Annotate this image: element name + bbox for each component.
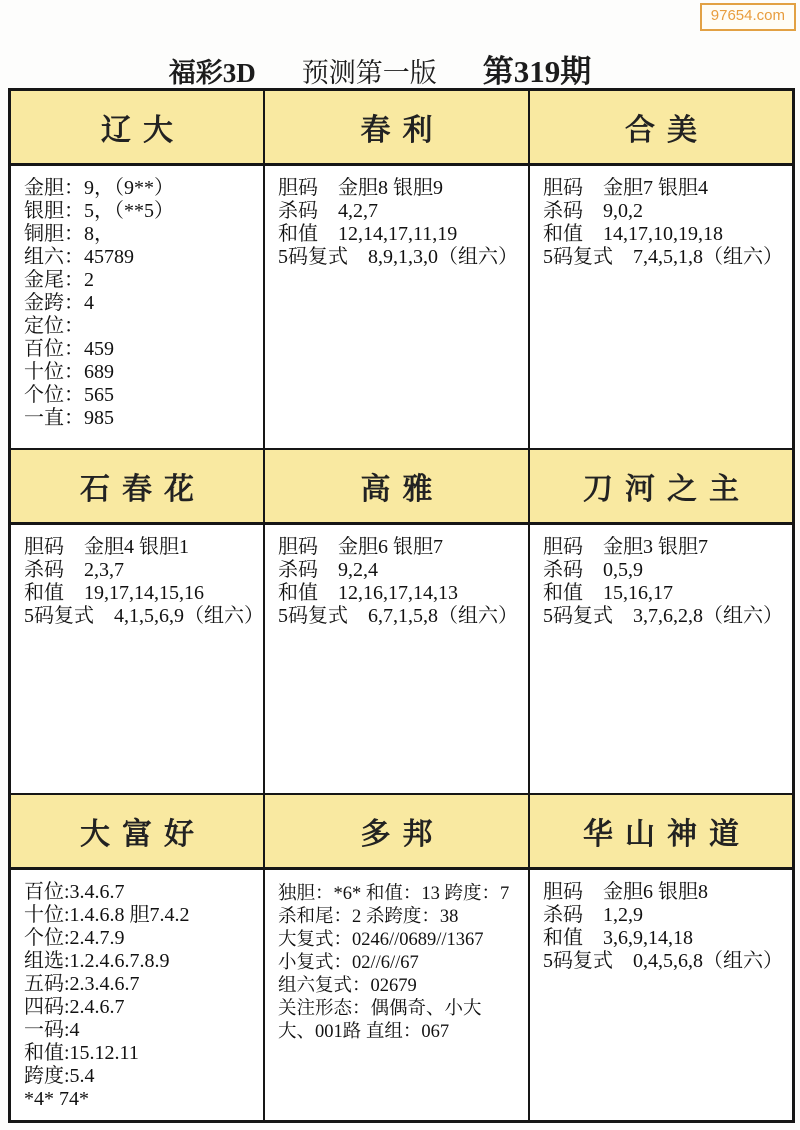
prediction-line: 百位:3.4.6.7 xyxy=(24,881,258,904)
prediction-line: 和值 3,6,9,14,18 xyxy=(543,927,787,950)
prediction-line: 杀码 9,0,2 xyxy=(543,200,787,223)
prediction-line: 杀码 1,2,9 xyxy=(543,904,787,927)
prediction-line: 杀码 0,5,9 xyxy=(543,559,787,582)
prediction-line: 胆码 金胆6 银胆8 xyxy=(543,881,787,904)
prediction-line: 胆码 金胆7 银胆4 xyxy=(543,177,787,200)
prediction-line: 五码:2.3.4.6.7 xyxy=(24,973,258,996)
cell-body: 独胆：*6* 和值：13 跨度：7杀和尾：2 杀跨度：38大复式：0246//0… xyxy=(265,870,528,1120)
prediction-line: 关注形态：偶偶奇、小大 xyxy=(278,998,523,1021)
prediction-line: 组六：45789 xyxy=(24,246,258,269)
prediction-line: 百位：459 xyxy=(24,338,258,361)
prediction-cell: 石春花 胆码 金胆4 银胆1杀码 2,3,7和值 19,17,14,15,165… xyxy=(11,450,265,795)
prediction-line: 5码复式 8,9,1,3,0（组六） xyxy=(278,246,523,269)
prediction-line: 杀码 2,3,7 xyxy=(24,559,258,582)
prediction-cell: 高雅 胆码 金胆6 银胆7杀码 9,2,4和值 12,16,17,14,135码… xyxy=(265,450,530,795)
prediction-line: 和值 19,17,14,15,16 xyxy=(24,582,258,605)
prediction-line: 跨度:5.4 xyxy=(24,1065,258,1088)
prediction-line: 金尾：2 xyxy=(24,269,258,292)
page-title: 福彩3D 预测第一版 第319期 xyxy=(0,46,760,91)
cell-header-name: 辽大 xyxy=(11,91,263,166)
cell-body: 金胆：9，（9**）银胆：5，（**5）铜胆：8，组六：45789金尾：2金跨：… xyxy=(11,166,263,448)
cell-body: 胆码 金胆6 银胆7杀码 9,2,4和值 12,16,17,14,135码复式 … xyxy=(265,525,528,793)
prediction-line: 组六复式：02679 xyxy=(278,975,523,998)
prediction-line: 胆码 金胆6 银胆7 xyxy=(278,536,523,559)
prediction-line: 杀码 4,2,7 xyxy=(278,200,523,223)
prediction-line: 和值 12,14,17,11,19 xyxy=(278,223,523,246)
prediction-line: 和值:15.12.11 xyxy=(24,1042,258,1065)
prediction-cell: 华山神道 胆码 金胆6 银胆8杀码 1,2,9和值 3,6,9,14,185码复… xyxy=(530,795,792,1120)
prediction-cell: 多邦 独胆：*6* 和值：13 跨度：7杀和尾：2 杀跨度：38大复式：0246… xyxy=(265,795,530,1120)
prediction-line: 大、001路 直组：067 xyxy=(278,1021,523,1044)
cell-header-name: 大富好 xyxy=(11,795,263,870)
watermark-site-badge[interactable]: 97654.com xyxy=(700,3,796,31)
prediction-line: 和值 15,16,17 xyxy=(543,582,787,605)
prediction-line: *4* 74* xyxy=(24,1088,258,1111)
cell-header-name: 华山神道 xyxy=(530,795,792,870)
prediction-line: 5码复式 7,4,5,1,8（组六） xyxy=(543,246,787,269)
cell-header-name: 刀河之主 xyxy=(530,450,792,525)
prediction-line: 大复式：0246//0689//1367 xyxy=(278,929,523,952)
cell-body: 胆码 金胆4 银胆1杀码 2,3,7和值 19,17,14,15,165码复式 … xyxy=(11,525,263,793)
prediction-line: 定位： xyxy=(24,315,258,338)
prediction-line: 金跨：4 xyxy=(24,292,258,315)
prediction-line: 5码复式 0,4,5,6,8（组六） xyxy=(543,950,787,973)
prediction-line: 铜胆：8， xyxy=(24,223,258,246)
prediction-line: 杀和尾：2 杀跨度：38 xyxy=(278,906,523,929)
prediction-line: 一直：985 xyxy=(24,407,258,430)
prediction-cell: 辽大 金胆：9，（9**）银胆：5，（**5）铜胆：8，组六：45789金尾：2… xyxy=(11,91,265,450)
prediction-cell: 合美 胆码 金胆7 银胆4杀码 9,0,2和值 14,17,10,19,185码… xyxy=(530,91,792,450)
title-brand: 福彩3D xyxy=(169,58,256,88)
prediction-line: 金胆：9，（9**） xyxy=(24,177,258,200)
prediction-line: 组选:1.2.4.6.7.8.9 xyxy=(24,950,258,973)
cell-header-name: 多邦 xyxy=(265,795,528,870)
prediction-line: 杀码 9,2,4 xyxy=(278,559,523,582)
cell-body: 胆码 金胆8 银胆9杀码 4,2,7和值 12,14,17,11,195码复式 … xyxy=(265,166,528,448)
prediction-line: 个位:2.4.7.9 xyxy=(24,927,258,950)
cell-header-name: 春利 xyxy=(265,91,528,166)
prediction-line: 和值 12,16,17,14,13 xyxy=(278,582,523,605)
page: { "badge": { "text": "97654.com" }, "tit… xyxy=(0,0,800,1130)
cell-body: 胆码 金胆3 银胆7杀码 0,5,9和值 15,16,175码复式 3,7,6,… xyxy=(530,525,792,793)
prediction-line: 胆码 金胆3 银胆7 xyxy=(543,536,787,559)
prediction-line: 胆码 金胆8 银胆9 xyxy=(278,177,523,200)
cell-body: 胆码 金胆7 银胆4杀码 9,0,2和值 14,17,10,19,185码复式 … xyxy=(530,166,792,448)
prediction-grid: 辽大 金胆：9，（9**）银胆：5，（**5）铜胆：8，组六：45789金尾：2… xyxy=(8,88,795,1123)
cell-body: 百位:3.4.6.7十位:1.4.6.8 胆7.4.2个位:2.4.7.9组选:… xyxy=(11,870,263,1120)
prediction-cell: 春利 胆码 金胆8 银胆9杀码 4,2,7和值 12,14,17,11,195码… xyxy=(265,91,530,450)
prediction-line: 和值 14,17,10,19,18 xyxy=(543,223,787,246)
prediction-line: 银胆：5，（**5） xyxy=(24,200,258,223)
prediction-line: 独胆：*6* 和值：13 跨度：7 xyxy=(278,883,523,906)
prediction-line: 十位:1.4.6.8 胆7.4.2 xyxy=(24,904,258,927)
prediction-cell: 刀河之主 胆码 金胆3 银胆7杀码 0,5,9和值 15,16,175码复式 3… xyxy=(530,450,792,795)
cell-body: 胆码 金胆6 银胆8杀码 1,2,9和值 3,6,9,14,185码复式 0,4… xyxy=(530,870,792,1120)
prediction-line: 胆码 金胆4 银胆1 xyxy=(24,536,258,559)
prediction-line: 小复式：02//6//67 xyxy=(278,952,523,975)
prediction-cell: 大富好 百位:3.4.6.7十位:1.4.6.8 胆7.4.2个位:2.4.7.… xyxy=(11,795,265,1120)
title-edition: 预测第一版 xyxy=(302,58,437,88)
prediction-line: 5码复式 3,7,6,2,8（组六） xyxy=(543,605,787,628)
cell-header-name: 石春花 xyxy=(11,450,263,525)
prediction-line: 一码:4 xyxy=(24,1019,258,1042)
cell-header-name: 合美 xyxy=(530,91,792,166)
prediction-line: 十位：689 xyxy=(24,361,258,384)
prediction-line: 5码复式 6,7,1,5,8（组六） xyxy=(278,605,523,628)
prediction-line: 四码:2.4.6.7 xyxy=(24,996,258,1019)
prediction-line: 个位：565 xyxy=(24,384,258,407)
cell-header-name: 高雅 xyxy=(265,450,528,525)
prediction-line: 5码复式 4,1,5,6,9（组六） xyxy=(24,605,258,628)
